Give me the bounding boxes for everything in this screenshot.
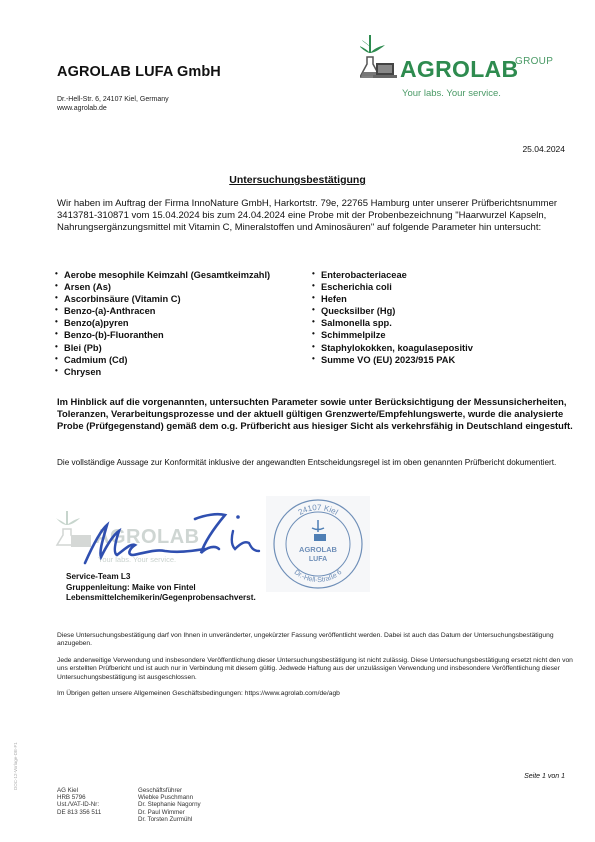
company-address: Dr.-Hell-Str. 6, 24107 Kiel, Germany www… [57,96,169,113]
parameter-list-left: Aerobe mesophile Keimzahl (Gesamtkeimzah… [55,269,270,378]
parameter-item: Aerobe mesophile Keimzahl (Gesamtkeimzah… [55,269,270,281]
signer-team: Service-Team L3 [66,572,256,583]
legal-note-publication: Diese Untersuchungsbestätigung darf von … [57,632,577,649]
parameter-item: Hefen [312,293,473,305]
parameter-item: Salmonella spp. [312,317,473,329]
parameter-item: Quecksilber (Hg) [312,305,473,317]
legal-notes: Diese Untersuchungsbestätigung darf von … [57,632,577,706]
company-name: AGROLAB LUFA GmbH [57,64,221,80]
svg-text:AGROLAB: AGROLAB [299,545,337,554]
handwritten-signature [55,505,275,570]
footer-management-line: Dr. Paul Wimmer [138,809,201,816]
parameter-item: Enterobacteriaceae [312,269,473,281]
conformity-note: Die vollständige Aussage zur Konformität… [57,458,577,469]
verdict-paragraph: Im Hinblick auf die vorgenannten, unters… [57,396,577,432]
intro-paragraph: Wir haben im Auftrag der Firma InnoNatur… [57,198,567,235]
legal-note-restriction: Jede anderweitige Verwendung und insbeso… [57,657,577,682]
footer-management-line: Wiebke Puschmann [138,794,201,801]
parameter-item: Schimmelpilze [312,329,473,341]
svg-text:LUFA: LUFA [309,556,327,563]
parameter-item: Blei (Pb) [55,342,270,354]
footer-registry-line: AG Kiel [57,787,101,794]
company-stamp: 24107 Kiel Dr.-Hell-Straße 6 AGROLAB LUF… [262,494,374,594]
parameter-item: Ascorbinsäure (Vitamin C) [55,293,270,305]
parameter-item: Staphylokokken, koagulasepositiv [312,342,473,354]
parameter-list-right: EnterobacteriaceaeEscherichia coliHefenQ… [312,269,473,366]
website-link[interactable]: www.agrolab.de [57,105,169,114]
footer-management-line: Dr. Torsten Zurmühl [138,816,201,823]
parameter-item: Summe VO (EU) 2023/915 PAK [312,354,473,366]
footer-management-line: Dr. Stephanie Nagorny [138,801,201,808]
parameter-item: Arsen (As) [55,281,270,293]
parameter-item: Benzo-(a)-Anthracen [55,305,270,317]
footer-management-line: Geschäftsführer [138,787,201,794]
parameter-item: Benzo(a)pyren [55,317,270,329]
logo-wordmark: AGROLAB [400,56,518,83]
page-number: Seite 1 von 1 [524,773,565,780]
legal-note-terms: Im Übrigen gelten unsere Allgemeinen Ges… [57,690,577,698]
footer-registry: AG Kiel HRB 5796 Ust./VAT-ID-Nr: DE 813 … [57,787,101,816]
address-line: Dr.-Hell-Str. 6, 24107 Kiel, Germany [57,96,169,105]
footer-management: Geschäftsführer Wiebke Puschmann Dr. Ste… [138,787,201,823]
footer-registry-line: HRB 5796 [57,794,101,801]
parameter-item: Benzo-(b)-Fluoranthen [55,329,270,341]
parameter-item: Escherichia coli [312,281,473,293]
document-code: DOC-12-Vorlage-DE-F1 [13,742,18,790]
footer-registry-line: Ust./VAT-ID-Nr: [57,801,101,808]
logo-group-label: GROUP [515,56,553,67]
document-date: 25.04.2024 [522,144,565,154]
signer-role: Lebensmittelchemikerin/Gegenprobensachve… [66,593,256,604]
logo-tagline: Your labs. Your service. [402,88,501,99]
parameter-item: Chrysen [55,366,270,378]
signer-lead: Gruppenleitung: Maike von Fintel [66,583,256,594]
signer-block: Service-Team L3 Gruppenleitung: Maike vo… [66,572,256,604]
parameter-item: Cadmium (Cd) [55,354,270,366]
footer-registry-line: DE 813 356 511 [57,809,101,816]
document-title: Untersuchungsbestätigung [0,174,595,186]
